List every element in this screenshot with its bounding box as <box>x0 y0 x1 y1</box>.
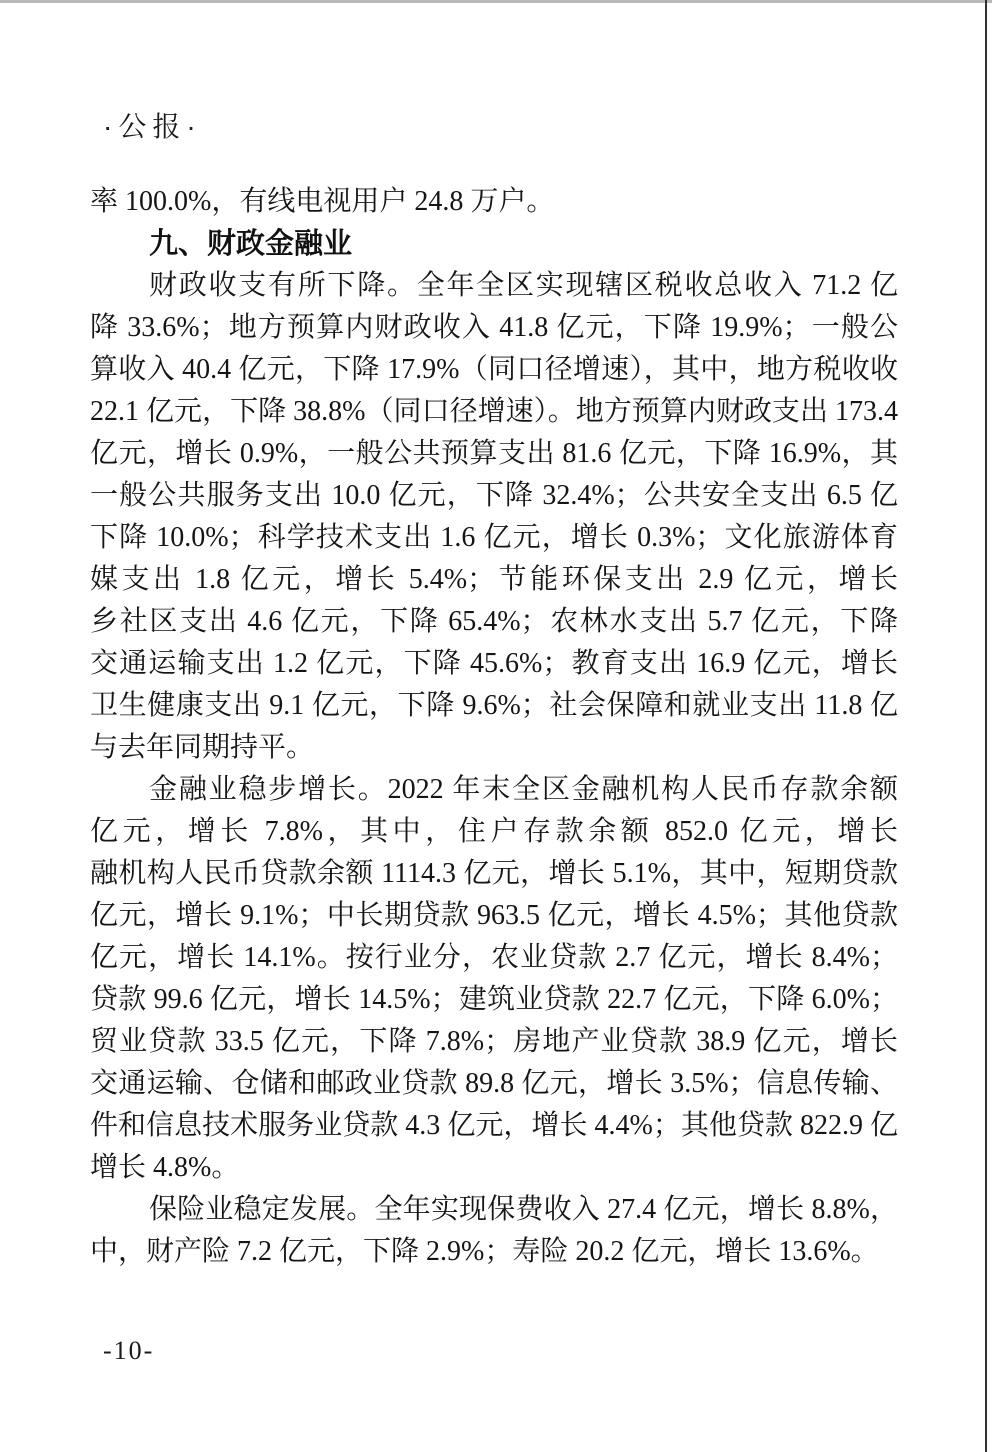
body-line: 亿元，增长 14.1%。按行业分，农业贷款 2.7 亿元，增长 8.4%；工业 <box>90 937 898 979</box>
top-edge-line <box>0 0 992 3</box>
body-line: 亿元，增长 7.8%，其中，住户存款余额 852.0 亿元，增长 14.0%。金 <box>90 811 898 853</box>
body-line: 亿元，增长 9.1%；中长期贷款 963.5 亿元，增长 4.5%；其他贷款 1… <box>90 895 898 937</box>
body-line: 保险业稳定发展。全年实现保费收入 27.4 亿元，增长 8.8%，其 <box>90 1189 898 1231</box>
body-line: 率 100.0%，有线电视用户 24.8 万户。 <box>90 181 898 223</box>
body-line: 下降 10.0%；科学技术支出 1.6 亿元，增长 0.3%；文化旅游体育与传 <box>90 517 898 559</box>
body-line: 财政收支有所下降。全年全区实现辖区税收总收入 71.2 亿元，下 <box>90 265 898 307</box>
body-line: 件和信息技术服务业贷款 4.3 亿元，增长 4.4%；其他贷款 822.9 亿元… <box>90 1105 898 1147</box>
body-line: 增长 4.8%。 <box>90 1147 898 1189</box>
body-line: 融机构人民币贷款余额 1114.3 亿元，增长 5.1%，其中，短期贷款 140… <box>90 853 898 895</box>
page-number: -10- <box>103 1336 154 1366</box>
text-block: 率 100.0%，有线电视用户 24.8 万户。 九、财政金融业 财政收支有所下… <box>90 181 898 1273</box>
body-line: 交通运输、仓储和邮政业贷款 89.8 亿元，增长 3.5%；信息传输、软 <box>90 1063 898 1105</box>
page-header-label: ·公报· <box>103 110 202 144</box>
body-line: 与去年同期持平。 <box>90 727 898 769</box>
right-edge-line <box>985 0 987 1452</box>
body-line: 交通运输支出 1.2 亿元，下降 45.6%；教育支出 16.9 亿元，增长 0… <box>90 643 898 685</box>
body-line: 卫生健康支出 9.1 亿元，下降 9.6%；社会保障和就业支出 11.8 亿元， <box>90 685 898 727</box>
body-line: 金融业稳步增长。2022 年末全区金融机构人民币存款余额 1243.4 <box>90 769 898 811</box>
section-heading: 九、财政金融业 <box>90 223 898 265</box>
body-line: 贷款 99.6 亿元，增长 14.5%；建筑业贷款 22.7 亿元，下降 6.0… <box>90 979 898 1021</box>
body-line: 算收入 40.4 亿元，下降 17.9%（同口径增速），其中，地方税收收入 <box>90 349 898 391</box>
body-line: 亿元，增长 0.9%，一般公共预算支出 81.6 亿元，下降 16.9%，其中， <box>90 433 898 475</box>
body-line: 媒支出 1.8 亿元，增长 5.4%；节能环保支出 2.9 亿元，增长 0.1%… <box>90 559 898 601</box>
body-line: 贸业贷款 33.5 亿元，下降 7.8%；房地产业贷款 38.9 亿元，增长 1… <box>90 1021 898 1063</box>
body-line: 中，财产险 7.2 亿元，下降 2.9%；寿险 20.2 亿元，增长 13.6%… <box>90 1231 898 1273</box>
body-line: 一般公共服务支出 10.0 亿元，下降 32.4%；公共安全支出 6.5 亿元， <box>90 475 898 517</box>
body-line: 22.1 亿元，下降 38.8%（同口径增速）。地方预算内财政支出 173.4 <box>90 391 898 433</box>
body-line: 降 33.6%；地方预算内财政收入 41.8 亿元，下降 19.9%；一般公共预 <box>90 307 898 349</box>
body-line: 乡社区支出 4.6 亿元，下降 65.4%；农林水支出 5.7 亿元，下降 29… <box>90 601 898 643</box>
